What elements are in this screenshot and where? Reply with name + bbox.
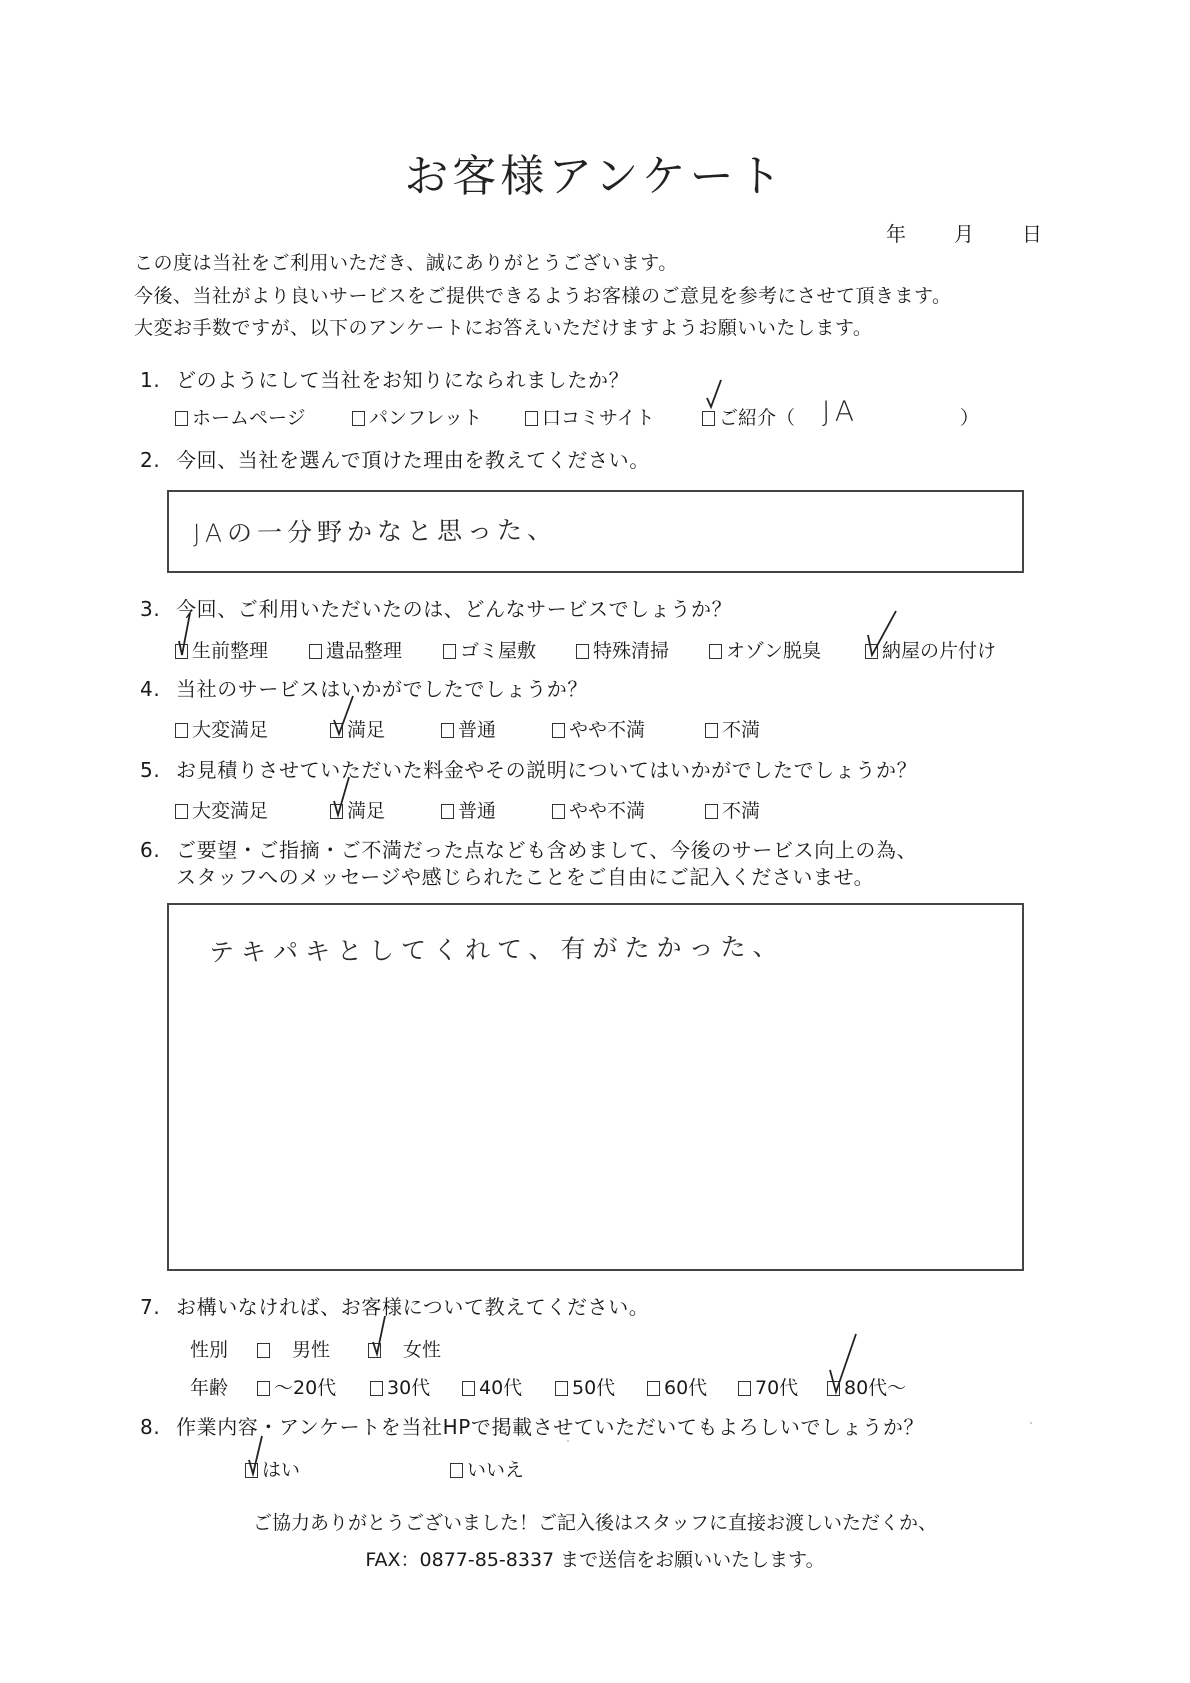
q3-options: 生前整理 遺品整理 ゴミ屋敷 特殊清掃 オゾン脱臭 納屋の片付け	[0, 636, 1190, 666]
question-7: 7.お構いなければ、お客様について教えてください。	[140, 1291, 649, 1320]
age-option-30s[interactable]: 30代	[370, 1373, 430, 1400]
checkbox[interactable]	[175, 411, 188, 426]
intro-line-1: この度は当社をご利用いただき、誠にありがとうございます。	[134, 248, 678, 275]
question-number: 8.	[140, 1415, 176, 1439]
checkbox[interactable]	[525, 411, 538, 426]
checkbox[interactable]	[705, 804, 718, 819]
checkbox[interactable]	[552, 723, 565, 738]
checkbox[interactable]	[552, 804, 565, 819]
q4-option-very-satisfied[interactable]: 大変満足	[175, 715, 268, 742]
checkbox[interactable]	[441, 723, 454, 738]
q2-answer-text: JAの一分野かなと思った、	[193, 510, 557, 550]
date-year-label: 年	[886, 218, 906, 247]
question-number: 1.	[140, 368, 176, 392]
checkbox-checked[interactable]	[175, 644, 188, 659]
q4-option-neutral[interactable]: 普通	[441, 715, 496, 742]
question-number: 6.	[140, 838, 176, 862]
question-4: 4.当社のサービスはいかがでしたでしょうか？	[140, 673, 588, 702]
checkbox[interactable]	[555, 1381, 568, 1396]
q3-option-barn-cleanup[interactable]: 納屋の片付け	[865, 636, 996, 663]
q1-option-homepage[interactable]: ホームページ	[175, 403, 306, 430]
date-day-label: 日	[1022, 218, 1042, 247]
checkbox[interactable]	[709, 644, 722, 659]
q1-option-referral[interactable]: ご紹介（	[702, 403, 795, 430]
question-number: 5.	[140, 758, 176, 782]
q5-option-satisfied[interactable]: 満足	[330, 796, 385, 823]
checkbox-checked[interactable]	[702, 411, 715, 426]
q6-answer-box[interactable]: テキパキとしてくれて、有がたかった、	[167, 903, 1024, 1271]
checkbox[interactable]	[576, 644, 589, 659]
q1-referral-value[interactable]: JA	[822, 395, 859, 428]
q5-option-very-satisfied[interactable]: 大変満足	[175, 796, 268, 823]
q1-option-review-site[interactable]: 口コミサイト	[525, 403, 655, 430]
q1-referral-close: ）	[960, 403, 979, 430]
gender-option-female[interactable]: 女性	[368, 1335, 441, 1362]
q5-options: 大変満足 満足 普通 やや不満 不満	[0, 796, 1190, 826]
q4-option-dissatisfied[interactable]: 不満	[705, 715, 760, 742]
checkbox-checked[interactable]	[330, 723, 343, 738]
question-text: 今回、ご利用いただいたのは、どんなサービスでしょうか？	[176, 597, 732, 621]
q3-option-hoarder-house[interactable]: ゴミ屋敷	[443, 636, 536, 663]
q8-options: はい いいえ	[0, 1455, 1190, 1485]
checkbox[interactable]	[352, 411, 365, 426]
footer-line-1: ご協力ありがとうございました！ご記入後はスタッフに直接お渡しいただくか、	[0, 1508, 1190, 1535]
checkbox[interactable]	[462, 1381, 475, 1396]
checkbox[interactable]	[309, 644, 322, 659]
q3-option-special-cleaning[interactable]: 特殊清掃	[576, 636, 669, 663]
checkbox-checked[interactable]	[865, 644, 878, 659]
intro-line-3: 大変お手数ですが、以下のアンケートにお答えいただけますようお願いいたします。	[134, 313, 872, 340]
question-3: 3.今回、ご利用いただいたのは、どんなサービスでしょうか？	[140, 593, 732, 622]
q1-option-pamphlet[interactable]: パンフレット	[352, 403, 482, 430]
age-option-80s-plus[interactable]: 80代～	[827, 1373, 906, 1400]
checkbox[interactable]	[257, 1381, 270, 1396]
age-label: 年齢	[190, 1373, 228, 1400]
question-number: 3.	[140, 597, 176, 621]
checkbox-checked[interactable]	[827, 1381, 840, 1396]
question-number: 7.	[140, 1295, 176, 1319]
q1-options: ホームページ パンフレット 口コミサイト ご紹介（ JA ）	[0, 403, 1190, 433]
question-text: 作業内容・アンケートを当社HPで掲載させていただいてもよろしいでしょうか？	[176, 1415, 924, 1439]
intro-line-2: 今後、当社がより良いサービスをご提供できるようお客様のご意見を参考にさせて頂きま…	[134, 281, 951, 308]
page-title: お客様アンケート	[0, 140, 1190, 204]
age-option-70s[interactable]: 70代	[738, 1373, 798, 1400]
checkmark-icon	[371, 1316, 401, 1356]
date-month-label: 月	[954, 218, 974, 247]
q3-option-estate-cleanup[interactable]: 遺品整理	[309, 636, 402, 663]
footer-line-2: FAX：0877-85-8337 まで送信をお願いいたします。	[0, 1545, 1190, 1572]
q4-options: 大変満足 満足 普通 やや不満 不満	[0, 715, 1190, 745]
age-option-60s[interactable]: 60代	[647, 1373, 707, 1400]
checkbox[interactable]	[370, 1381, 383, 1396]
checkbox[interactable]	[257, 1343, 270, 1358]
q3-option-ozone-deodorize[interactable]: オゾン脱臭	[709, 636, 821, 663]
question-number: 2.	[140, 448, 176, 472]
date-line: 年月日	[838, 218, 1042, 247]
checkbox[interactable]	[738, 1381, 751, 1396]
q7-age-row: 年齢 ～20代 30代 40代 50代 60代 70代 80代～	[0, 1373, 1190, 1403]
question-text: どのようにして当社をお知りになられましたか？	[176, 368, 629, 392]
question-8: 8.作業内容・アンケートを当社HPで掲載させていただいてもよろしいでしょうか？	[140, 1411, 924, 1440]
q5-option-somewhat-dissatisfied[interactable]: やや不満	[552, 796, 645, 823]
checkbox[interactable]	[175, 804, 188, 819]
q2-answer-box[interactable]: JAの一分野かなと思った、	[167, 490, 1024, 573]
q8-option-yes[interactable]: はい	[245, 1455, 300, 1482]
question-number: 4.	[140, 677, 176, 701]
q4-option-somewhat-dissatisfied[interactable]: やや不満	[552, 715, 645, 742]
checkbox[interactable]	[175, 723, 188, 738]
checkbox[interactable]	[450, 1463, 463, 1478]
question-text: 今回、当社を選んで頂けた理由を教えてください。	[176, 448, 650, 472]
age-option-50s[interactable]: 50代	[555, 1373, 615, 1400]
checkbox-checked[interactable]	[330, 804, 343, 819]
q4-option-satisfied[interactable]: 満足	[330, 715, 385, 742]
question-text: お見積りさせていただいた料金やその説明についてはいかがでしたでしょうか？	[176, 758, 917, 782]
checkbox-checked[interactable]	[245, 1463, 258, 1478]
q7-gender-row: 性別 男性 女性	[0, 1335, 1190, 1365]
question-6: 6.ご要望・ご指摘・ご不満だった点なども含めまして、今後のサービス向上の為、	[140, 834, 917, 863]
question-text-line-1: ご要望・ご指摘・ご不満だった点なども含めまして、今後のサービス向上の為、	[176, 838, 917, 862]
question-5: 5.お見積りさせていただいた料金やその説明についてはいかがでしたでしょうか？	[140, 754, 917, 783]
gender-label: 性別	[190, 1335, 228, 1362]
question-6-line-2: スタッフへのメッセージや感じられたことをご自由にご記入くださいませ。	[176, 861, 874, 890]
question-2: 2.今回、当社を選んで頂けた理由を教えてください。	[140, 444, 650, 473]
checkbox[interactable]	[441, 804, 454, 819]
checkbox[interactable]	[443, 644, 456, 659]
question-text: お構いなければ、お客様について教えてください。	[176, 1295, 649, 1319]
q8-option-no[interactable]: いいえ	[450, 1455, 524, 1482]
checkbox[interactable]	[647, 1381, 660, 1396]
q5-option-neutral[interactable]: 普通	[441, 796, 496, 823]
age-option-40s[interactable]: 40代	[462, 1373, 522, 1400]
age-option-under-20s[interactable]: ～20代	[257, 1373, 336, 1400]
q5-option-dissatisfied[interactable]: 不満	[705, 796, 760, 823]
checkbox-checked[interactable]	[368, 1343, 381, 1358]
question-1: 1.どのようにして当社をお知りになられましたか？	[140, 364, 629, 393]
q3-option-pre-death-cleanup[interactable]: 生前整理	[175, 636, 268, 663]
scan-speck	[567, 1440, 569, 1442]
gender-option-male[interactable]: 男性	[257, 1335, 330, 1362]
question-text: 当社のサービスはいかがでしたでしょうか？	[176, 677, 588, 701]
checkbox[interactable]	[705, 723, 718, 738]
scan-speck	[1030, 1422, 1032, 1424]
q6-answer-text: テキパキとしてくれて、有がたかった、	[209, 927, 785, 969]
